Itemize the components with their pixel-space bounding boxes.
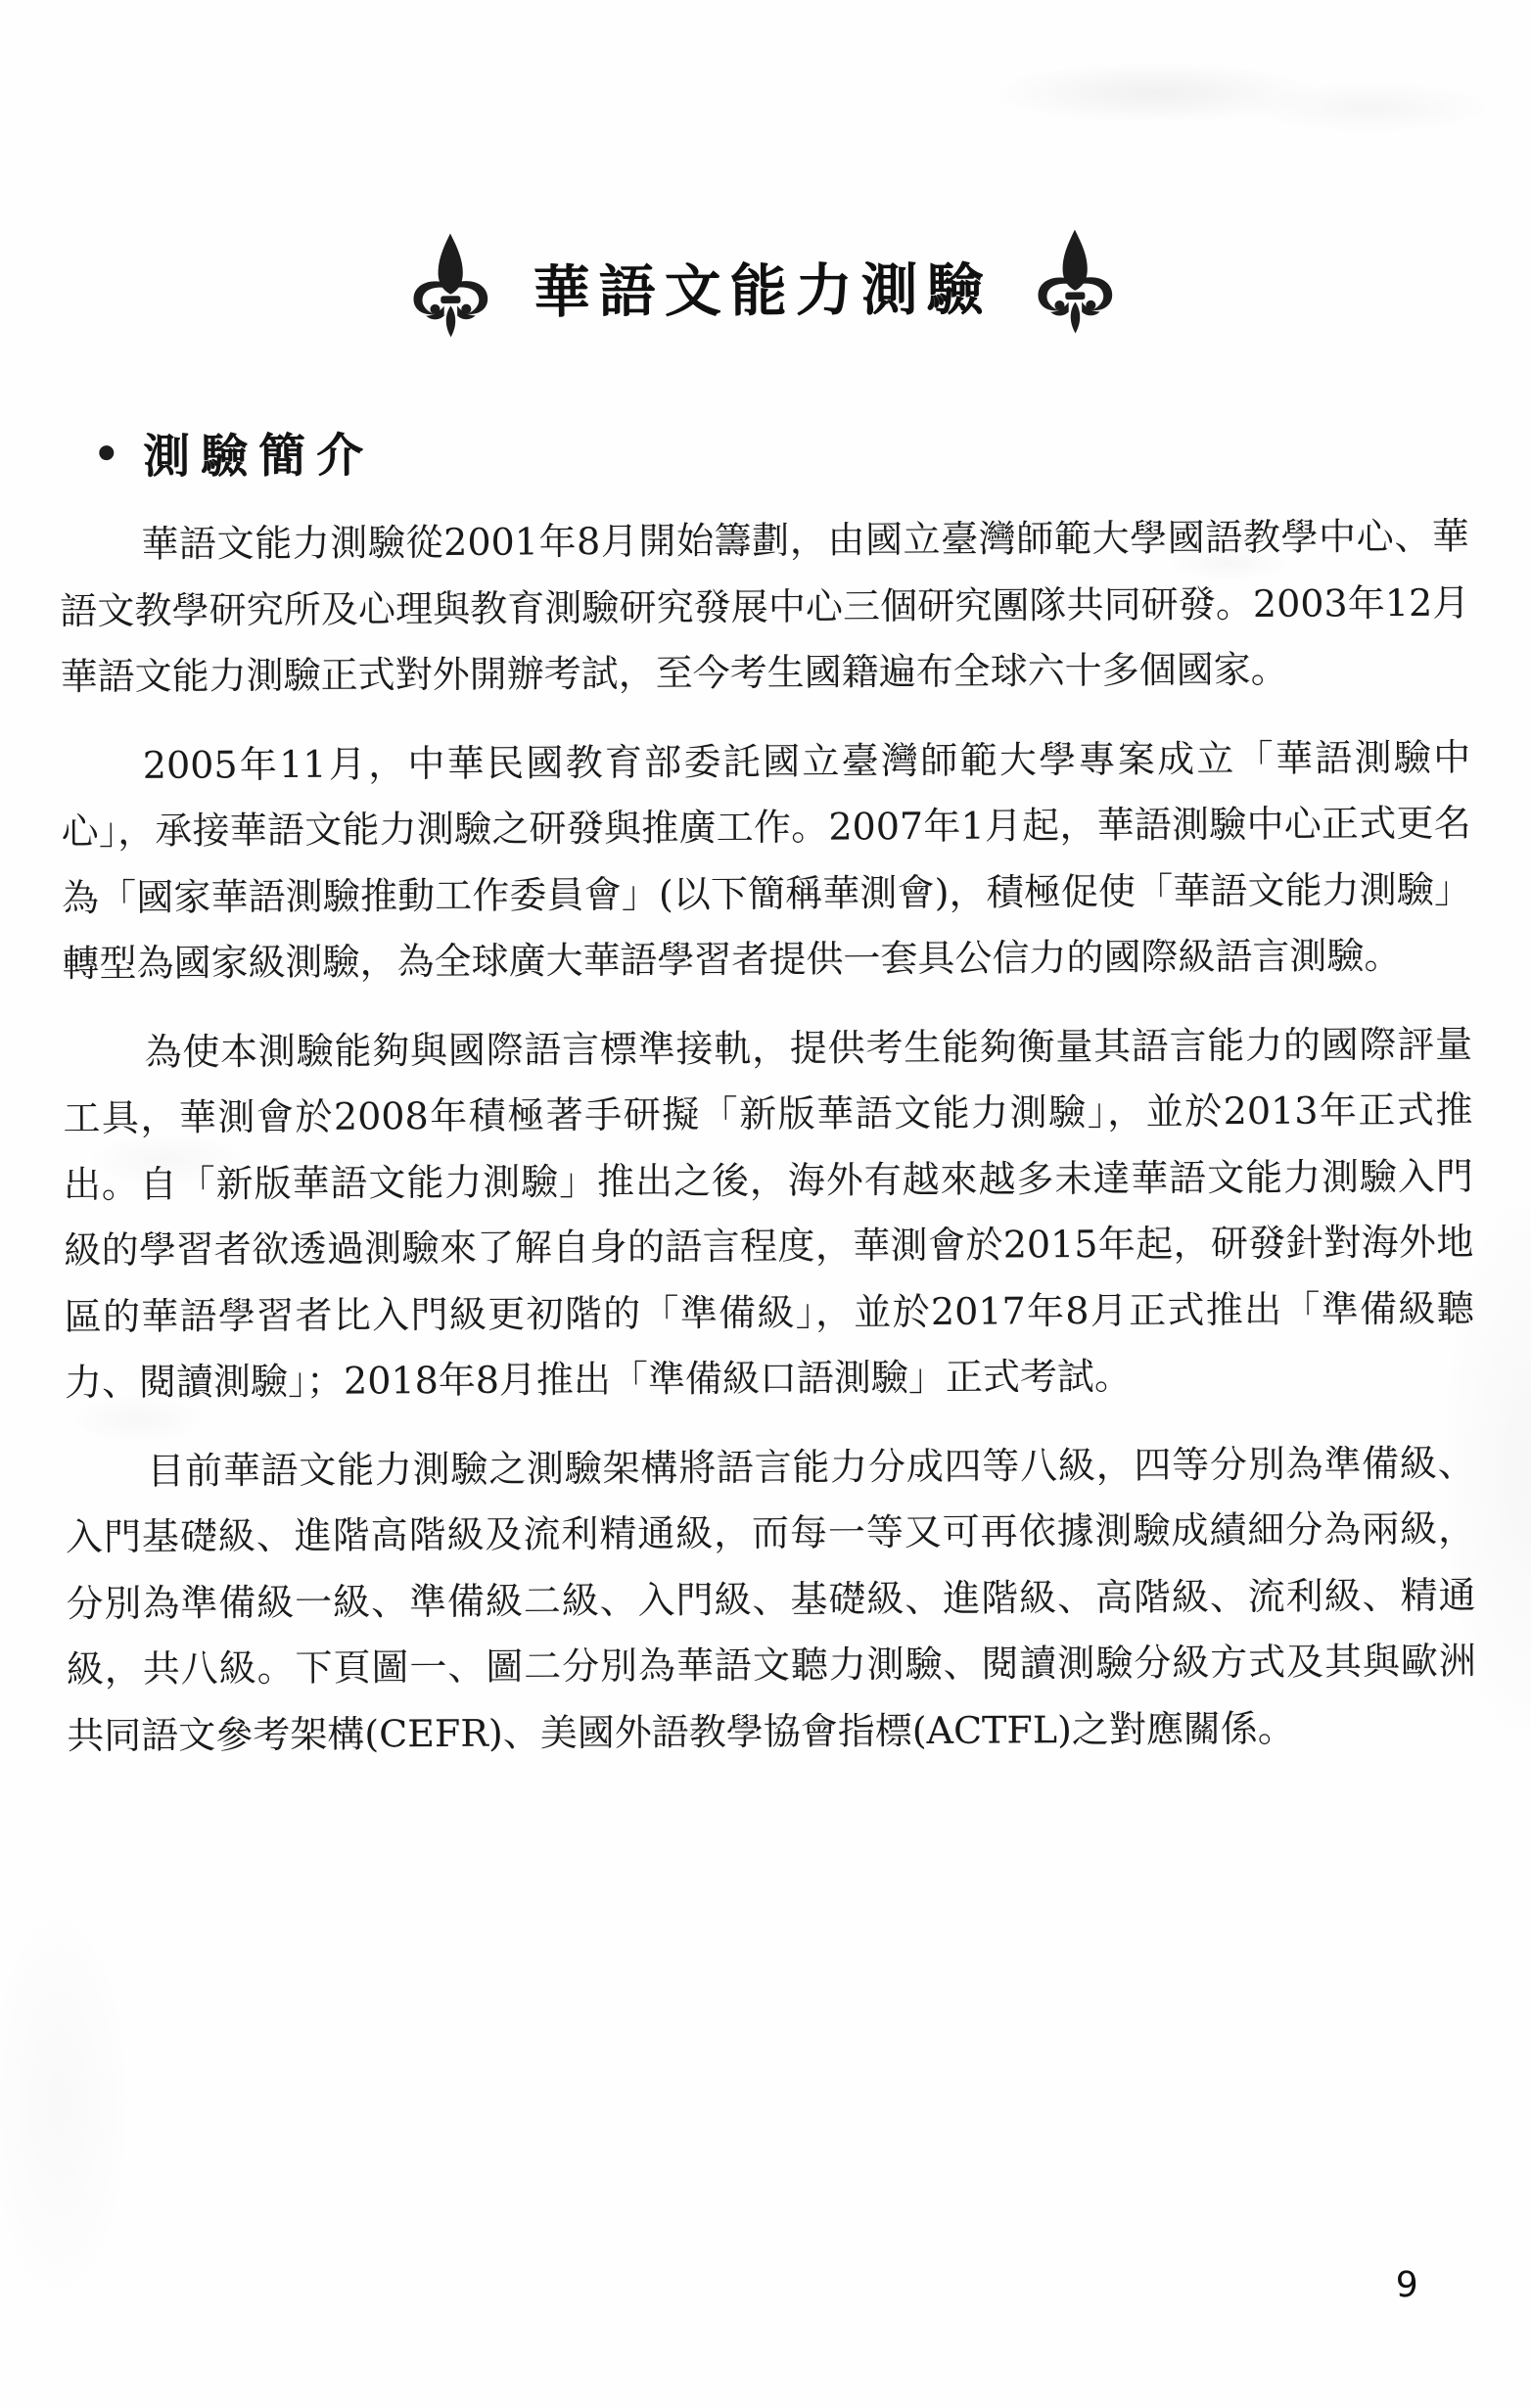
- document-header: 華語文能力測驗: [0, 0, 1529, 349]
- document-page: 華語文能力測驗: [0, 0, 1531, 2408]
- document-body: 華語文能力測驗從2001年8月開始籌劃，由國立臺灣師範大學國語教學中心、華語文教…: [60, 504, 1477, 1770]
- page-number: 9: [1396, 2265, 1418, 2305]
- section-title: 測驗簡介: [143, 417, 374, 486]
- scanned-page-content: 華語文能力測驗: [0, 0, 1531, 2408]
- bullet-icon: [99, 445, 114, 460]
- section-heading: 測驗簡介: [99, 410, 1529, 486]
- paragraph-committee: 2005年11月，中華民國教育部委託國立臺灣師範大學專案成立「華語測驗中心」，承…: [61, 724, 1472, 997]
- paragraph-intro-history: 華語文能力測驗從2001年8月開始籌劃，由國立臺灣師範大學國語教學中心、華語文教…: [60, 504, 1470, 711]
- paragraph-new-version: 為使本測驗能夠與國際語言標準接軌，提供考生能夠衡量其語言能力的國際評量工具，華測…: [63, 1011, 1474, 1416]
- fleur-de-lis-icon: [409, 229, 492, 347]
- fleur-de-lis-icon: [1033, 225, 1116, 344]
- paragraph-level-structure: 目前華語文能力測驗之測驗架構將語言能力分成四等八級，四等分別為準備級、入門基礎級…: [65, 1430, 1476, 1769]
- page-title: 華語文能力測驗: [534, 244, 994, 329]
